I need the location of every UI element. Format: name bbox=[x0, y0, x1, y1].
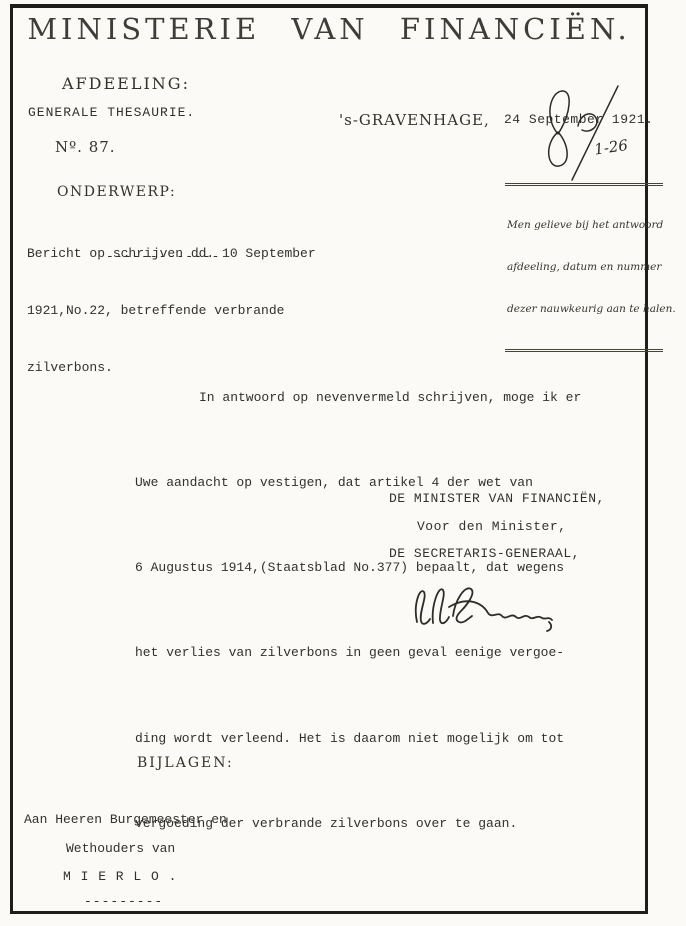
scanned-letter-page: MINISTERIE VAN FINANCIËN. AFDEELING: GEN… bbox=[0, 0, 686, 926]
handwritten-scribble-loop bbox=[550, 91, 569, 134]
handwritten-scribble-loop bbox=[578, 114, 597, 131]
addressee-divider: --------- bbox=[84, 894, 163, 909]
subject-label: ONDERWERP: bbox=[57, 184, 176, 200]
closing-secretary-general-title: DE SECRETARIS-GENERAAL, bbox=[389, 546, 580, 561]
ministry-letterhead-title: MINISTERIE VAN FINANCIËN. bbox=[10, 12, 648, 46]
attachments-label: BIJLAGEN: bbox=[137, 755, 234, 771]
addressee-municipality: M I E R L O . bbox=[63, 869, 177, 884]
notice-line: dezer nauwkeurig aan te halen. bbox=[507, 302, 661, 316]
subject-line: 1921,No.22, betreffende verbrande bbox=[27, 301, 316, 320]
body-line: ding wordt verleend. Het is daarom niet … bbox=[135, 725, 581, 753]
letter-number: Nº. 87. bbox=[55, 138, 116, 156]
handwritten-slash-stroke bbox=[572, 86, 618, 180]
handwritten-scribble-loop bbox=[549, 132, 567, 166]
notice-line: afdeeling, datum en nummer bbox=[507, 260, 661, 274]
body-line: In antwoord op nevenvermeld schrijven, m… bbox=[135, 384, 581, 412]
addressee-line: Wethouders van bbox=[66, 841, 175, 856]
subject-divider: ------------- bbox=[106, 249, 220, 264]
notice-line: Men gelieve bij het antwoord bbox=[507, 218, 661, 232]
handwritten-filing-annotation: 1-26 bbox=[528, 80, 640, 182]
handwritten-signature bbox=[408, 580, 558, 632]
closing-on-behalf-line: Voor den Minister, bbox=[417, 519, 566, 534]
signature-stroke bbox=[416, 588, 552, 631]
closing-signatory-title: DE MINISTER VAN FINANCIËN, bbox=[389, 491, 605, 506]
place-name: 's-GRAVENHAGE, bbox=[339, 111, 490, 129]
body-line: het verlies van zilverbons in geen geval… bbox=[135, 639, 581, 667]
department-label: AFDEELING: bbox=[62, 74, 190, 93]
addressee-line: Aan Heeren Burgemeester en bbox=[24, 812, 227, 827]
handwritten-reference-number: 1-26 bbox=[593, 136, 629, 159]
department-value: GENERALE THESAURIE. bbox=[28, 105, 195, 120]
